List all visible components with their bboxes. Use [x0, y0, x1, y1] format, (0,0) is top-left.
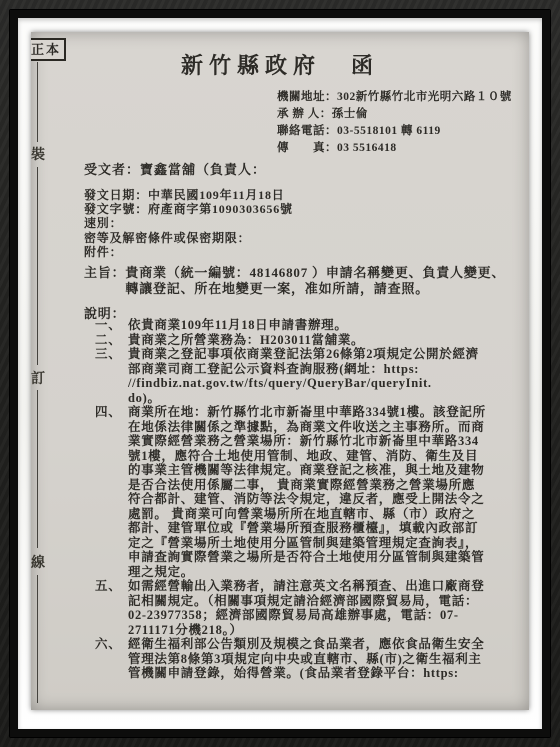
- item-line: 商業所在地：新竹縣竹北市新崙里中華路334號1樓。該登記所: [128, 405, 486, 420]
- item-line: 02-23977358；經濟部國際貿易局高雄辦事處，電話：07-: [128, 608, 484, 623]
- item-number: 五、: [95, 579, 128, 637]
- item-text: 經衛生福利部公告類別及規模之食品業者，應依食品衛生安全管理法第8條第3項規定向中…: [128, 637, 484, 681]
- item-line: 處罰。 貴商業可向營業場所所在地直轄市、縣（市）政府之: [128, 507, 486, 522]
- agency-info-line: 聯絡電話：03-5518101 轉 6119: [277, 123, 512, 140]
- agency-info-line: 傳 真：03 5516418: [277, 140, 512, 157]
- meta-line: 發文日期：中華民國109年11月18日: [84, 188, 293, 202]
- item-text: 依貴商業109年11月18日申請書辦理。: [128, 318, 348, 333]
- item-line: 部商業司商工登記公示資料查詢服務(網址：https:: [128, 362, 479, 377]
- agency-contact-block: 機關地址：302新竹縣竹北市光明六路１０號承 辦 人：孫士倫聯絡電話：03-55…: [277, 89, 512, 157]
- item-line: 貴商業之登記事項依商業登記法第26條第2項規定公開於經濟: [128, 347, 479, 362]
- explanation-item: 一、依貴商業109年11月18日申請書辦理。: [95, 318, 486, 333]
- recipient-line: 受文者：寶鑫當舖（負責人：: [84, 159, 266, 178]
- item-line: 理之規定。: [128, 565, 486, 580]
- item-line: 經衛生福利部公告類別及規模之食品業者，應依食品衛生安全: [128, 637, 484, 652]
- item-line: 是否合法使用係屬二事， 貴商業實際經營業務之營業場所應: [128, 478, 486, 493]
- framed-photo-background: 正本 裝 訂 線 新竹縣政府函 機關地址：302新竹縣竹北市光明六路１０號承 辦…: [0, 0, 560, 747]
- item-number: 三、: [95, 347, 128, 405]
- picture-frame-border: 正本 裝 訂 線 新竹縣政府函 機關地址：302新竹縣竹北市光明六路１０號承 辦…: [10, 10, 550, 737]
- explanation-item: 三、貴商業之登記事項依商業登記法第26條第2項規定公開於經濟部商業司商工登記公示…: [95, 347, 486, 405]
- item-number: 二、: [95, 333, 128, 348]
- binding-line-segment: [37, 390, 38, 548]
- meta-line: 附件：: [84, 245, 293, 259]
- agency-info-line: 承 辦 人：孫士倫: [277, 106, 512, 123]
- binding-mark-ding: 訂: [31, 368, 47, 388]
- item-text: 貴商業之所營業務為：H203011當舖業。: [128, 333, 364, 348]
- binding-mark-xian: 線: [31, 552, 47, 572]
- item-number: 一、: [95, 318, 128, 333]
- subject-block: 主旨： 貴商業（統一編號：48146807 ）申請名稱變更、負責人變更、轉讓登記…: [84, 265, 505, 296]
- explanation-item: 四、商業所在地：新竹縣竹北市新崙里中華路334號1樓。該登記所在地係法律關係之準…: [95, 405, 486, 579]
- subject-line: 轉讓登記、所在地變更一案，准如所請，請查照。: [125, 281, 505, 297]
- item-line: 如需經營輸出入業務者，請注意英文名稱預查、出進口廠商登: [128, 579, 484, 594]
- binding-mark-zhuang: 裝: [31, 144, 47, 164]
- item-line: 的事業主管機關等法律規定。商業登記之核准，與土地及建物: [128, 463, 486, 478]
- official-letter-page: 正本 裝 訂 線 新竹縣政府函 機關地址：302新竹縣竹北市光明六路１０號承 辦…: [31, 32, 529, 710]
- item-line: 都計、建管單位或『營業場所預查服務櫃檯』，填載內政部訂: [128, 521, 486, 536]
- meta-line: 速別：: [84, 216, 293, 230]
- frame-mat: 正本 裝 訂 線 新竹縣政府函 機關地址：302新竹縣竹北市光明六路１０號承 辦…: [18, 18, 542, 729]
- subject-text: 貴商業（統一編號：48146807 ）申請名稱變更、負責人變更、轉讓登記、所在地…: [125, 265, 505, 296]
- item-line: 管機關申請登錄，始得營業。(食品業者登錄平台：https:: [128, 666, 484, 681]
- meta-line: 密等及解密條件或保密期限：: [84, 231, 293, 245]
- item-line: 2711171分機218。）: [128, 623, 484, 638]
- item-number: 四、: [95, 405, 128, 579]
- item-line: 符合都計、建管、消防等法令規定，違反者，應受上開法令之: [128, 492, 486, 507]
- item-line: 在地係法律關係之準據點，為商業文件收送之主事務所。而商: [128, 420, 486, 435]
- agency-info-line: 機關地址：302新竹縣竹北市光明六路１０號: [277, 89, 512, 106]
- dispatch-meta-block: 發文日期：中華民國109年11月18日發文字號：府產商字第1090303656號…: [84, 188, 293, 259]
- explanation-item: 二、貴商業之所營業務為：H203011當舖業。: [95, 333, 486, 348]
- item-text: 如需經營輸出入業務者，請注意英文名稱預查、出進口廠商登記相關規定。（相關事項規定…: [128, 579, 484, 637]
- item-number: 六、: [95, 637, 128, 681]
- item-line: //findbiz.nat.gov.tw/fts/query/QueryBar/…: [128, 376, 479, 391]
- item-line: 申請查詢實際營業之場所是否符合土地使用分區管制與建築管: [128, 550, 486, 565]
- explanation-list: 一、依貴商業109年11月18日申請書辦理。二、貴商業之所營業務為：H20301…: [95, 318, 486, 681]
- subject-label: 主旨：: [84, 265, 125, 296]
- item-text: 商業所在地：新竹縣竹北市新崙里中華路334號1樓。該登記所在地係法律關係之準據點…: [128, 405, 486, 579]
- doc-type-label: 函: [351, 53, 379, 78]
- item-line: 號1樓，應符合土地使用管制、地政、建管、消防、衛生及目: [128, 449, 486, 464]
- item-line: 定之『營業場所土地使用分區管制與建築管理規定查詢表』，: [128, 536, 486, 551]
- item-line: 依貴商業109年11月18日申請書辦理。: [128, 318, 348, 333]
- explanation-item: 六、經衛生福利部公告類別及規模之食品業者，應依食品衛生安全管理法第8條第3項規定…: [95, 637, 486, 681]
- agency-name: 新竹縣政府: [181, 53, 321, 78]
- item-line: do)。: [128, 391, 479, 406]
- explanation-item: 五、如需經營輸出入業務者，請注意英文名稱預查、出進口廠商登記相關規定。（相關事項…: [95, 579, 486, 637]
- item-line: 記相關規定。（相關事項規定請洽經濟部國際貿易局，電話：: [128, 594, 484, 609]
- binding-line-segment: [37, 167, 38, 365]
- meta-line: 發文字號：府產商字第1090303656號: [84, 202, 293, 216]
- binding-line-segment: [37, 575, 38, 703]
- item-line: 管理法第8條第3項規定向中央或直轄市、縣(市)之衛生福利主: [128, 652, 484, 667]
- item-text: 貴商業之登記事項依商業登記法第26條第2項規定公開於經濟部商業司商工登記公示資料…: [128, 347, 479, 405]
- document-title: 新竹縣政府函: [31, 49, 529, 80]
- subject-line: 貴商業（統一編號：48146807 ）申請名稱變更、負責人變更、: [125, 265, 505, 281]
- item-line: 貴商業之所營業務為：H203011當舖業。: [128, 333, 364, 348]
- item-line: 業實際經營業務之營業場所：新竹縣竹北市新崙里中華路334: [128, 434, 486, 449]
